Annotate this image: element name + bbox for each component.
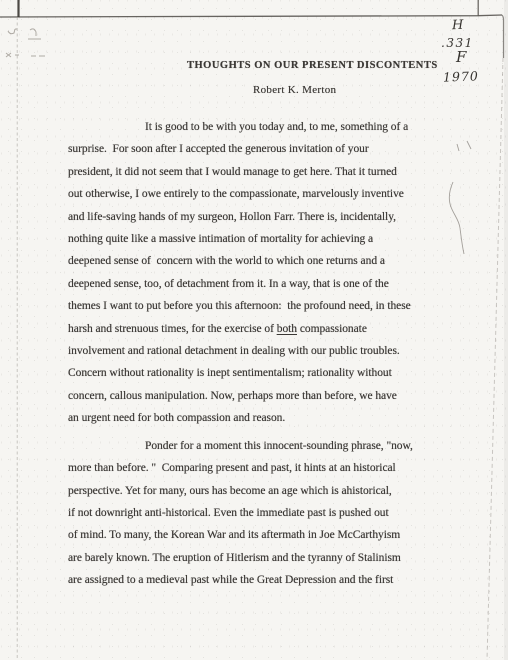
text-line: Concern without rationality is inept sen… [68, 362, 470, 384]
pencil-scribbles [6, 28, 45, 57]
text-line: involvement and rational detachment in d… [68, 340, 470, 362]
text-line: of mind. To many, the Korean War and its… [68, 524, 470, 546]
callnumber-year: 1970 [443, 68, 479, 84]
document-title: THOUGHTS ON OUR PRESENT DISCONTENTS [187, 60, 438, 71]
text-line: more than before. " Comparing present an… [68, 457, 470, 479]
text-line: perspective. Yet for many, ours has beco… [68, 480, 470, 502]
scanned-page: H .331 F 1970 THOUGHTS ON OUR PRESENT DI… [0, 0, 508, 660]
right-edge-line [487, 58, 503, 660]
text-line: It is good to be with you today and, to … [68, 116, 470, 138]
text-line: nothing quite like a massive intimation … [68, 228, 470, 250]
text-line: and life-saving hands of my surgeon, Hol… [68, 206, 470, 228]
text-line: deepened sense, too, of detachment from … [68, 273, 470, 295]
text-line: president, it did not seem that I would … [68, 161, 470, 183]
text-line: Ponder for a moment this innocent-soundi… [68, 435, 470, 457]
underlined-word: both [277, 323, 297, 335]
text-line: if not downright anti-historical. Even t… [68, 502, 470, 524]
text-line: deepened sense of concern with the world… [68, 250, 470, 272]
text-line: harsh and strenuous times, for the exerc… [68, 318, 470, 340]
text-line: an urgent need for both compassion and r… [68, 407, 470, 429]
text-line: concern, callous manipulation. Now, perh… [68, 385, 470, 407]
right-edge-shade [504, 0, 508, 660]
text-line: surprise. For soon after I accepted the … [68, 138, 470, 160]
text-line: are assigned to a medieval past while th… [68, 569, 470, 591]
paragraph: It is good to be with you today and, to … [68, 116, 470, 430]
document-author: Robert K. Merton [253, 84, 336, 96]
text-line: out otherwise, I owe entirely to the com… [68, 183, 470, 205]
top-border-line [0, 15, 502, 17]
document-body: It is good to be with you today and, to … [68, 116, 470, 592]
right-corner-line [502, 15, 504, 58]
paragraph: Ponder for a moment this innocent-soundi… [68, 435, 470, 592]
text-line: themes I want to put before you this aft… [68, 295, 470, 317]
callnumber-cutter: F [456, 48, 466, 66]
callnumber-letter: H [452, 18, 464, 33]
text-line: are barely known. The eruption of Hitler… [68, 547, 470, 569]
